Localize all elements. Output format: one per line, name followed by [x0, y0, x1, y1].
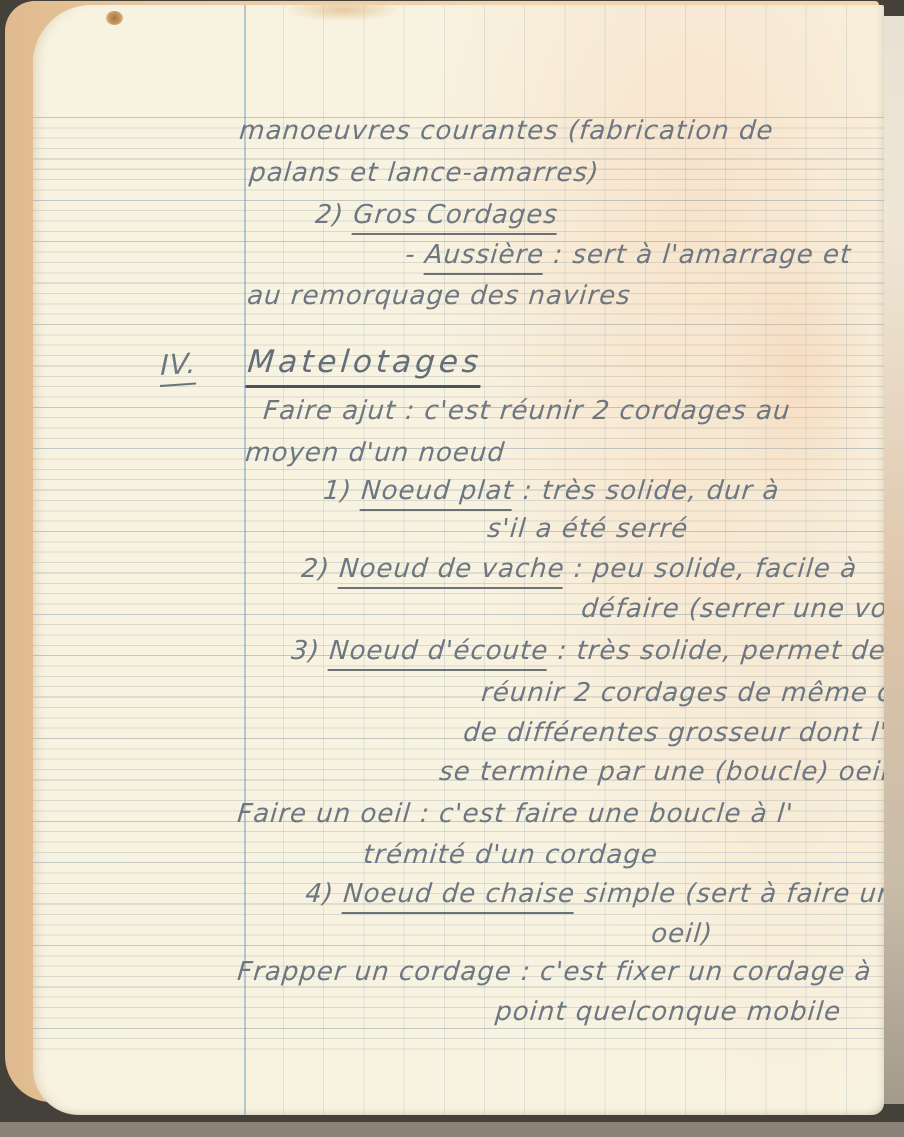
scanned-notebook-photo: { "colors": { "paper": "#f8f3e1", "cover… [0, 0, 904, 1137]
handwritten-line: 4) Noeud de chaise simple (sert à faire … [304, 879, 884, 909]
underlined-handwriting: Matelotages [245, 344, 483, 388]
handwritten-line: oeil) [650, 919, 714, 949]
handwritten-line: Frapper un cordage : c'est fixer un cord… [236, 957, 873, 987]
handwriting: 2) [300, 554, 341, 584]
underlined-handwriting: Noeud d'écoute [328, 636, 550, 671]
handwriting: moyen d'un noeud [244, 438, 506, 468]
underlined-handwriting: Gros Cordages [352, 200, 560, 235]
handwritten-line: réunir 2 cordages de même ou [480, 678, 884, 708]
scanner-bottom-strip [0, 1122, 904, 1137]
underlined-handwriting: Noeud de vache [338, 554, 567, 589]
handwritten-line: 2) Gros Cordages [314, 200, 559, 230]
handwriting: : très solide, permet de [547, 636, 884, 666]
handwriting: oeil) [650, 919, 714, 949]
handwritten-line: 3) Noeud d'écoute : très solide, permet … [290, 636, 884, 666]
handwritten-line: IV. [160, 347, 197, 382]
handwriting: simple (sert à faire un [574, 879, 884, 909]
handwritten-line: au remorquage des navires [246, 281, 632, 311]
handwriting: se termine par une (boucle) oeil [438, 757, 884, 787]
handwritten-line: 1) Noeud plat : très solide, dur à [322, 476, 781, 506]
handwriting: 4) [304, 879, 345, 909]
handwritten-line: palans et lance-amarres) [248, 158, 601, 188]
handwriting: réunir 2 cordages de même ou [480, 678, 884, 708]
handwritten-line: manoeuvres courantes (fabrication de [238, 116, 775, 146]
handwriting: s'il a été serré [486, 514, 690, 544]
handwritten-line: Matelotages [246, 344, 484, 380]
handwritten-line: 2) Noeud de vache : peu solide, facile à [300, 554, 859, 584]
handwriting: - [404, 240, 426, 270]
handwritten-line: trémité d'un cordage [362, 840, 659, 870]
handwriting: : très solide, dur à [512, 476, 780, 506]
handwriting: 3) [290, 636, 331, 666]
handwriting: : sert à l'amarrage et [543, 240, 853, 270]
handwriting: trémité d'un cordage [362, 840, 659, 870]
handwritten-line: de différentes grosseur dont l'é [462, 718, 884, 748]
handwriting: au remorquage des navires [246, 281, 632, 311]
handwriting: 2) [314, 200, 355, 230]
manuscript-layer: manoeuvres courantes (fabrication depala… [33, 5, 884, 1115]
handwriting: de différentes grosseur dont l'é [462, 718, 884, 748]
handwritten-line: Faire un oeil : c'est faire une boucle à… [236, 799, 795, 829]
underlined-handwriting: Noeud plat [360, 476, 516, 511]
handwritten-line: se termine par une (boucle) oeil [438, 757, 884, 787]
underlined-handwriting: Aussière [423, 240, 545, 275]
handwritten-line: moyen d'un noeud [244, 438, 506, 468]
handwriting: point quelconque mobile [494, 997, 843, 1027]
handwriting: : peu solide, facile à [563, 554, 858, 584]
handwriting: Frapper un cordage : c'est fixer un cord… [236, 957, 873, 987]
handwriting: Faire un oeil : c'est faire une boucle à… [236, 799, 795, 829]
handwritten-line: défaire (serrer une voile [580, 594, 884, 624]
notebook-page: manoeuvres courantes (fabrication depala… [33, 5, 884, 1115]
handwriting: manoeuvres courantes (fabrication de [238, 116, 775, 146]
handwritten-line: point quelconque mobile [494, 997, 843, 1027]
handwriting: 1) [322, 476, 363, 506]
handwritten-line: Faire ajut : c'est réunir 2 cordages au [262, 396, 792, 426]
underlined-handwriting: Noeud de chaise [342, 879, 577, 914]
handwriting: Faire ajut : c'est réunir 2 cordages au [262, 396, 792, 426]
handwriting: palans et lance-amarres) [248, 158, 601, 188]
handwriting: défaire (serrer une voile [580, 594, 884, 624]
underlined-handwriting: IV. [160, 347, 197, 387]
handwritten-line: s'il a été serré [486, 514, 690, 544]
handwritten-line: - Aussière : sert à l'amarrage et [404, 240, 853, 270]
